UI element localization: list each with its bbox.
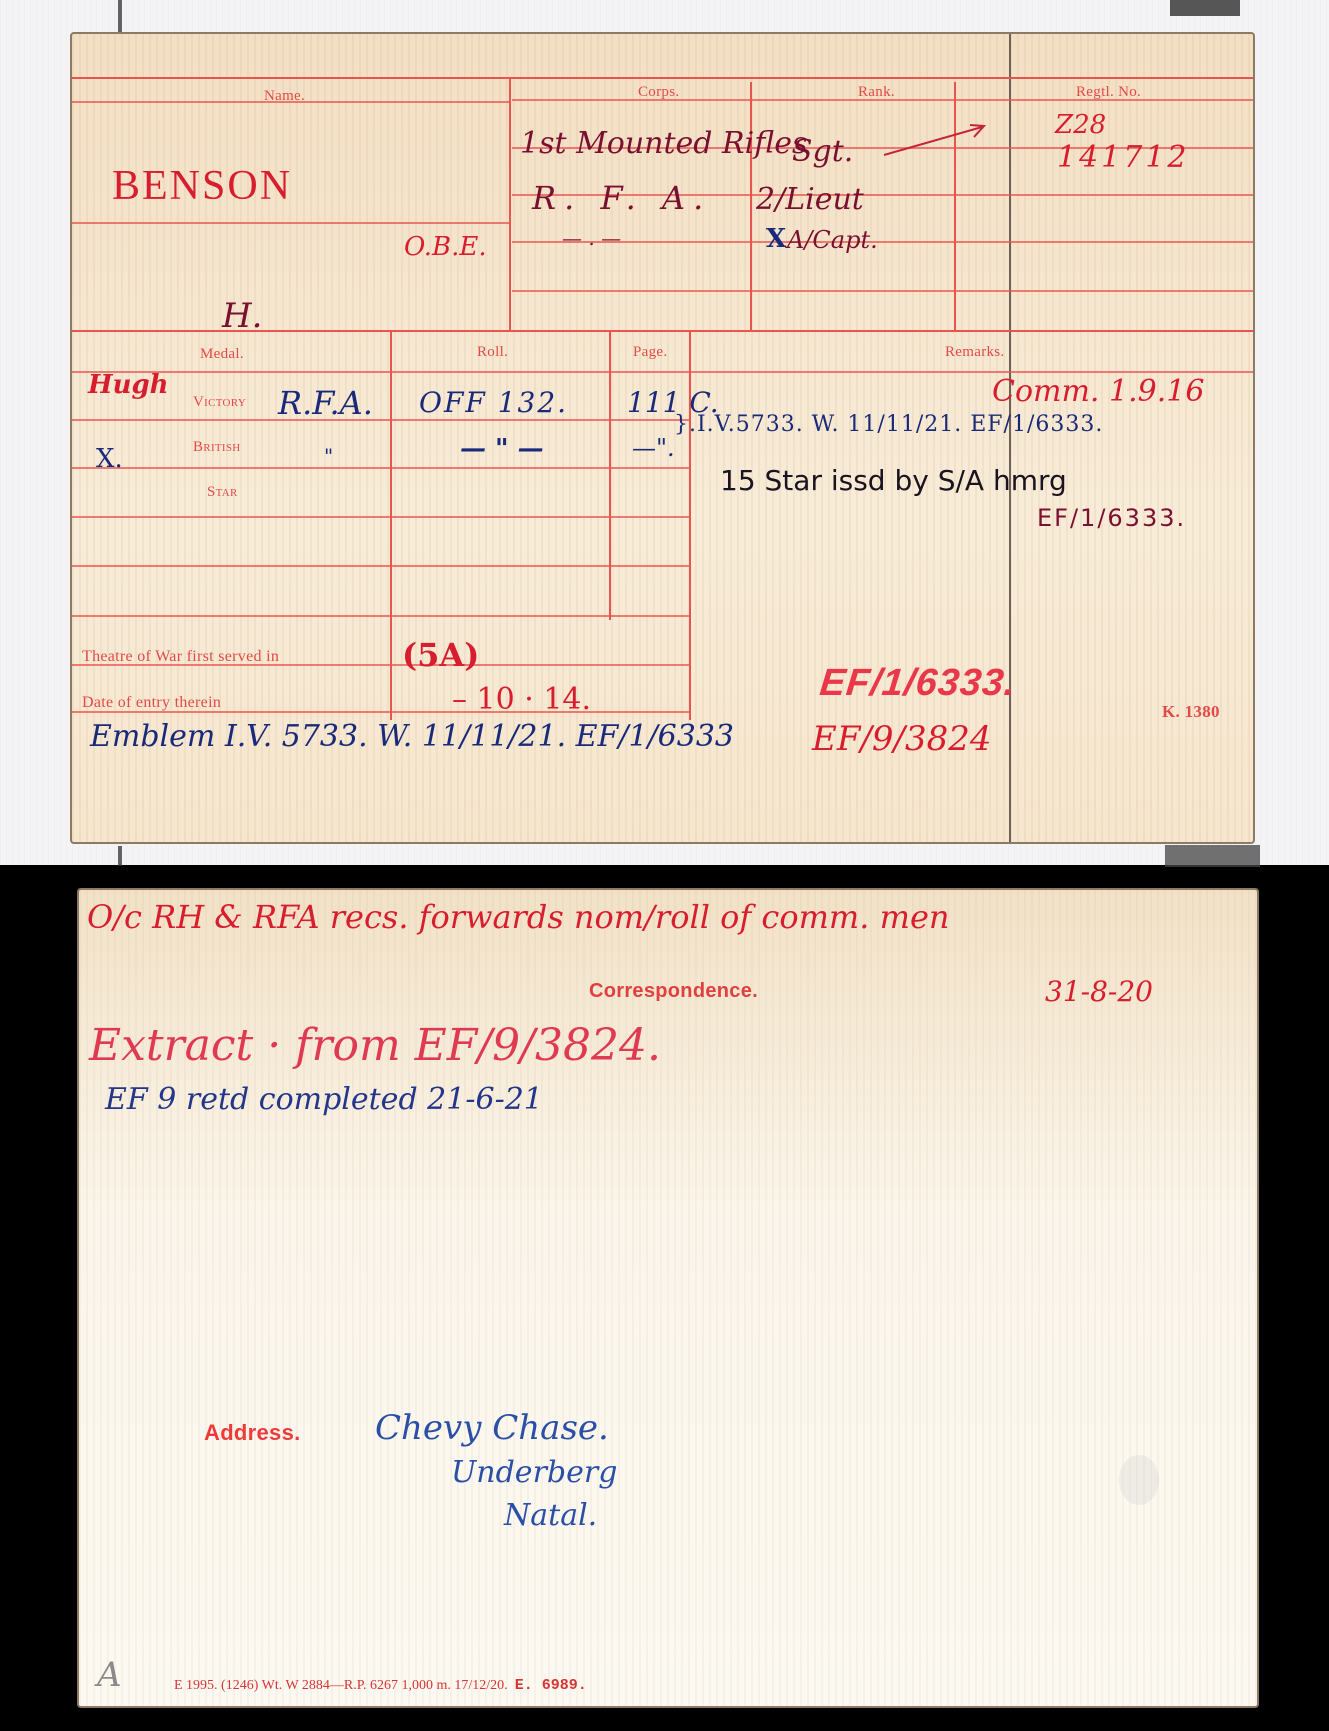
surname: BENSON	[112, 162, 292, 210]
address-line-2: Underberg	[451, 1455, 617, 1490]
regtl-no: 141712	[1057, 140, 1190, 175]
medal-label-british: British	[193, 439, 241, 456]
british-roll: — " —	[460, 434, 544, 464]
remarks-line-2: 15 Star issd by S/A hmrg	[720, 464, 1067, 497]
rule	[72, 615, 689, 617]
corps-header: Corps.	[638, 84, 679, 101]
remarks-line-1: }.I.V.5733. W. 11/11/21. EF/1/6333.	[674, 412, 1103, 437]
rule	[72, 565, 689, 567]
rule	[509, 77, 511, 330]
theatre-value: (5A)	[402, 636, 479, 674]
corps-entry-3: — . —	[562, 226, 621, 250]
rule	[72, 371, 1255, 373]
reference-note: EF/9/3824	[812, 719, 991, 759]
date-entry-value: – 10 · 14.	[452, 682, 591, 717]
date-entry-label: Date of entry therein	[82, 694, 221, 712]
rule	[72, 222, 509, 224]
emblem-line: Emblem I.V. 5733. W. 11/11/21. EF/1/6333	[90, 719, 734, 754]
address-label: Address.	[204, 1420, 301, 1446]
printer-imprint: E 1995. (1246) Wt. W 2884—R.P. 6267 1,00…	[174, 1677, 587, 1694]
rule	[72, 467, 689, 469]
scan-fold-line	[1009, 34, 1011, 842]
pencil-mark: A	[97, 1655, 122, 1695]
british-page: —".	[632, 434, 675, 462]
rule	[512, 290, 1255, 292]
arrow-icon	[882, 119, 992, 159]
rank-entry-2: 2/Lieut	[756, 182, 864, 217]
scan-artifact	[118, 0, 122, 32]
scan-artifact	[118, 846, 122, 866]
name-header: Name.	[264, 88, 305, 105]
medal-header: Medal.	[200, 346, 244, 363]
correspondence-title: Correspondence.	[589, 980, 758, 1003]
medal-label-victory: Victory	[193, 394, 246, 411]
scan-artifact	[1165, 845, 1260, 867]
victory-roll-unit: R.F.A.	[278, 384, 373, 422]
victory-issued-mark: X.	[96, 444, 123, 474]
medal-card-back: O/c RH & RFA recs. forwards nom/roll of …	[77, 888, 1259, 1708]
remarks-header: Remarks.	[945, 344, 1004, 361]
rule	[390, 330, 392, 720]
rule	[72, 77, 1255, 79]
rule	[72, 419, 689, 421]
rank-strike-mark: X	[766, 224, 786, 254]
honour-obe: O.B.E.	[404, 232, 487, 262]
printer-imprint-text: E 1995. (1246) Wt. W 2884—R.P. 6267 1,00…	[174, 1678, 508, 1693]
rank-entry-3: A/Capt.	[787, 226, 878, 254]
regtl-no-prefix: Z28	[1055, 110, 1106, 140]
back-top-date: 31-8-20	[1045, 975, 1153, 1008]
address-line-3: Natal.	[504, 1498, 597, 1533]
completed-note: EF 9 retd completed 21-6-21	[105, 1082, 543, 1117]
medal-card-front: Name. Corps. Rank. Regtl. No. Medal. Rol…	[70, 32, 1255, 844]
page-header: Page.	[633, 344, 667, 361]
reference-stamp: EF/1/6333.	[818, 662, 1018, 705]
remarks-line-3: EF/1/6333.	[1037, 504, 1186, 532]
corps-entry-1: 1st Mounted Rifles	[520, 126, 807, 161]
victory-roll: OFF 132.	[419, 386, 568, 419]
corps-entry-2: R. F. A.	[532, 179, 711, 217]
extract-note: Extract · from EF/9/3824.	[89, 1020, 661, 1071]
rank-header: Rank.	[858, 84, 895, 101]
british-roll-unit: "	[324, 444, 333, 468]
roll-header: Roll.	[477, 344, 508, 361]
scan-artifact	[1170, 0, 1240, 16]
form-number: K. 1380	[1162, 702, 1220, 722]
rule	[609, 330, 611, 620]
commission-date: Comm. 1.9.16	[992, 374, 1204, 409]
rank-entry-1: Sgt.	[792, 134, 853, 169]
rule	[750, 82, 752, 330]
medal-label-star: Star	[207, 484, 238, 501]
address-line-1: Chevy Chase.	[375, 1408, 609, 1448]
rule	[512, 241, 1255, 243]
printer-imprint-code: E. 6989.	[515, 1677, 587, 1694]
forename-note: Hugh	[88, 370, 169, 400]
initial: H.	[222, 296, 262, 336]
back-top-note: O/c RH & RFA recs. forwards nom/roll of …	[87, 898, 950, 936]
paper-stain	[1119, 1455, 1159, 1505]
rule	[72, 516, 689, 518]
theatre-label: Theatre of War first served in	[82, 648, 279, 666]
regtl-no-header: Regtl. No.	[1076, 84, 1141, 101]
